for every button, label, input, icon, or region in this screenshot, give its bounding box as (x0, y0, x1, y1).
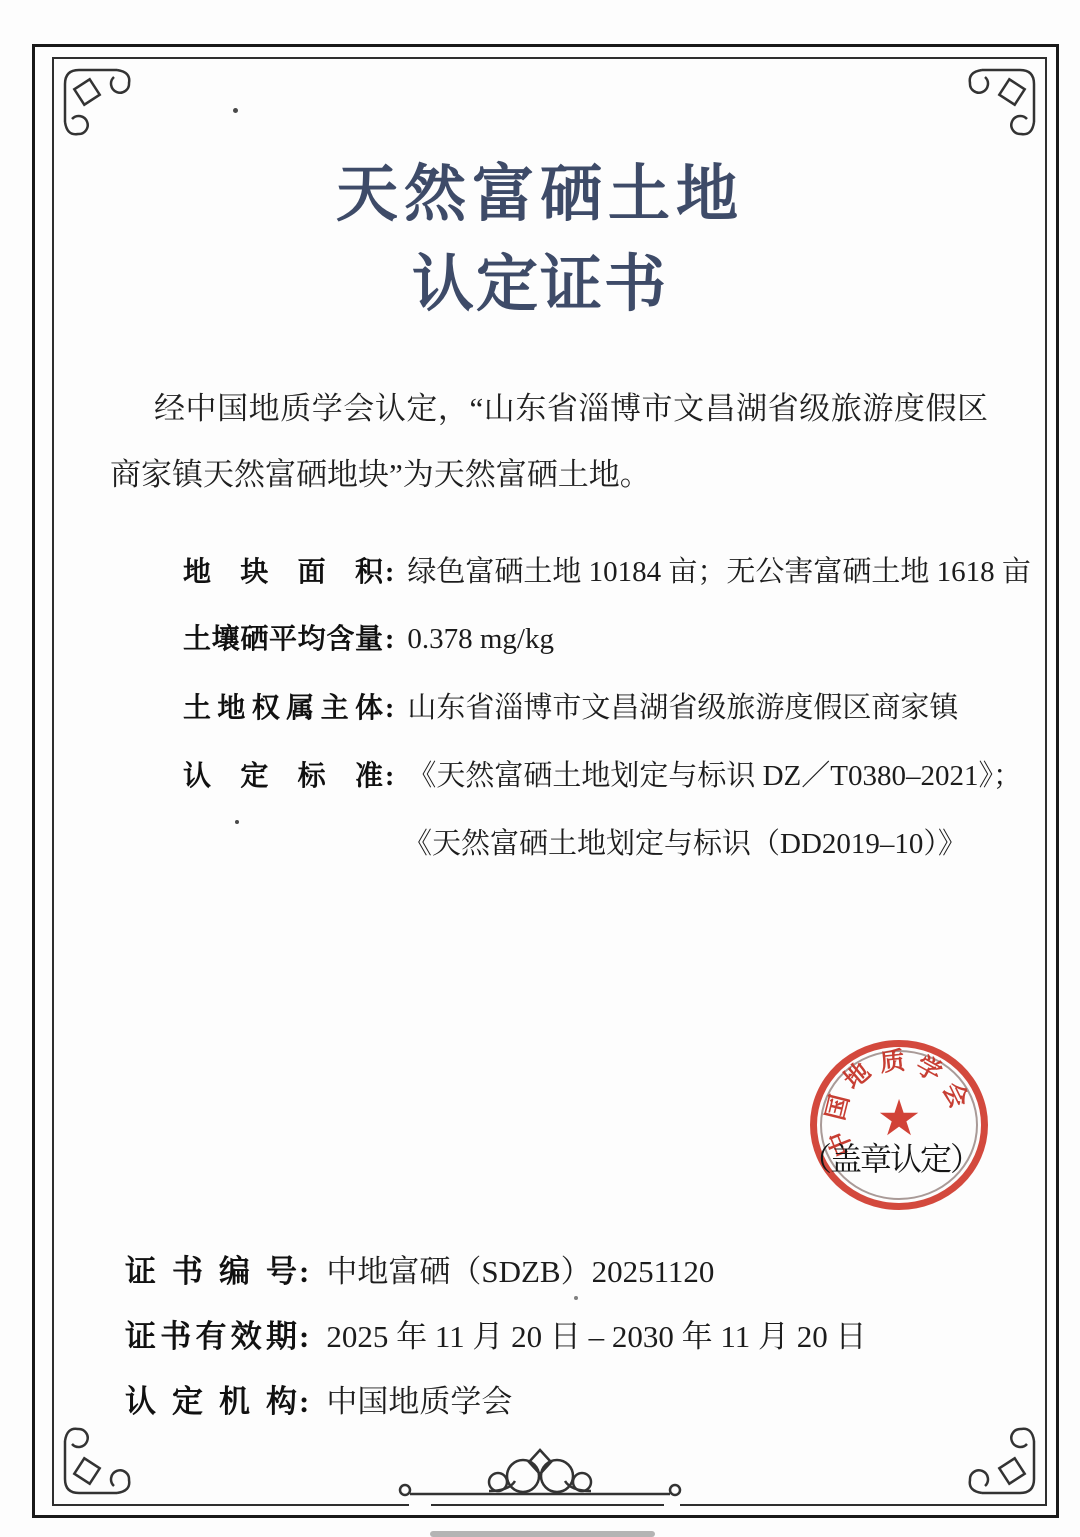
field-colon: : (385, 761, 394, 792)
scan-speck (233, 108, 238, 113)
seal-arc-char: 国 (823, 1092, 853, 1122)
flourish-icon (57, 1427, 131, 1501)
field-value: 2025 年 11 月 20 日 – 2030 年 11 月 20 日 (326, 1319, 866, 1354)
field-row-land-area: 地块面积:绿色富硒土地 10184 亩；无公害富硒土地 1618 亩 (183, 549, 1043, 617)
field-value: 《天然富硒土地划定与标识 DZ／T0380–2021》； (407, 760, 1022, 792)
scan-speck (235, 820, 239, 824)
field-value: 《天然富硒土地划定与标识（DD2019–10）》 (403, 828, 967, 860)
title-line-1: 天然富硒土地 (0, 150, 1080, 240)
field-label: 证书有效期 (125, 1311, 297, 1356)
field-label: 认定机构 (125, 1376, 297, 1421)
title-line-2: 认定证书 (0, 240, 1080, 330)
field-value: 0.378 mg/kg (407, 623, 554, 655)
footer-fields: 证书编号:中地富硒（SDZB）20251120 证书有效期:2025 年 11 … (125, 1246, 1005, 1441)
certificate-title: 天然富硒土地 认定证书 (0, 150, 1080, 330)
field-colon: : (385, 557, 394, 588)
field-row-standard-1: 认定标准:《天然富硒土地划定与标识 DZ／T0380–2021》； (183, 753, 1043, 821)
field-label: 认定标准 (183, 754, 383, 794)
seal-arc-char: 质 (878, 1049, 905, 1076)
field-colon: : (299, 1319, 309, 1354)
certification-statement: 经中国地质学会认定，“山东省淄博市文昌湖省级旅游度假区商家镇天然富硒地块”为天然… (110, 376, 988, 508)
bottom-center-flourish (394, 1447, 686, 1507)
field-row-standard-2: 《天然富硒土地划定与标识（DD2019–10）》 (183, 821, 1043, 889)
field-row-soil-selenium: 土壤硒平均含量:0.378 mg/kg (183, 617, 1043, 685)
field-value: 中地富硒（SDZB）20251120 (326, 1254, 714, 1289)
certificate-page: 天然富硒土地 认定证书 经中国地质学会认定，“山东省淄博市文昌湖省级旅游度假区商… (0, 0, 1080, 1537)
field-label: 证书编号 (125, 1246, 297, 1291)
field-row-validity-period: 证书有效期:2025 年 11 月 20 日 – 2030 年 11 月 20 … (125, 1311, 1005, 1376)
official-seal: ★ 中国地质学会 （盖章认定） (810, 1040, 988, 1210)
border-gap (664, 1501, 680, 1509)
certificate-fields: 地块面积:绿色富硒土地 10184 亩；无公害富硒土地 1618 亩 土壤硒平均… (183, 549, 1043, 889)
field-label: 土壤硒平均含量 (183, 617, 383, 657)
corner-flourish-bottom-left (57, 1427, 131, 1501)
flourish-icon (57, 62, 131, 136)
scan-artifact (430, 1531, 655, 1537)
corner-flourish-top-left (57, 62, 131, 136)
flourish-icon (968, 62, 1042, 136)
seal-overlay-text: （盖章认定） (800, 1134, 1000, 1180)
field-label: 土地权属主体 (183, 686, 383, 726)
field-label: 地块面积 (183, 550, 383, 590)
field-value: 绿色富硒土地 10184 亩；无公害富硒土地 1618 亩 (407, 556, 1031, 588)
scan-speck (574, 1296, 578, 1300)
flourish-icon (394, 1447, 686, 1507)
field-colon: : (299, 1254, 309, 1289)
field-row-certifying-body: 认定机构:中国地质学会 (125, 1376, 1005, 1441)
field-colon: : (299, 1384, 309, 1419)
border-gap (409, 1501, 431, 1509)
corner-flourish-top-right (968, 62, 1042, 136)
field-colon: : (385, 624, 394, 655)
field-colon: : (385, 693, 394, 724)
field-row-land-owner: 土地权属主体:山东省淄博市文昌湖省级旅游度假区商家镇 (183, 685, 1043, 753)
field-value: 中国地质学会 (326, 1384, 512, 1419)
field-value: 山东省淄博市文昌湖省级旅游度假区商家镇 (407, 692, 958, 724)
field-row-certificate-number: 证书编号:中地富硒（SDZB）20251120 (125, 1246, 1005, 1311)
